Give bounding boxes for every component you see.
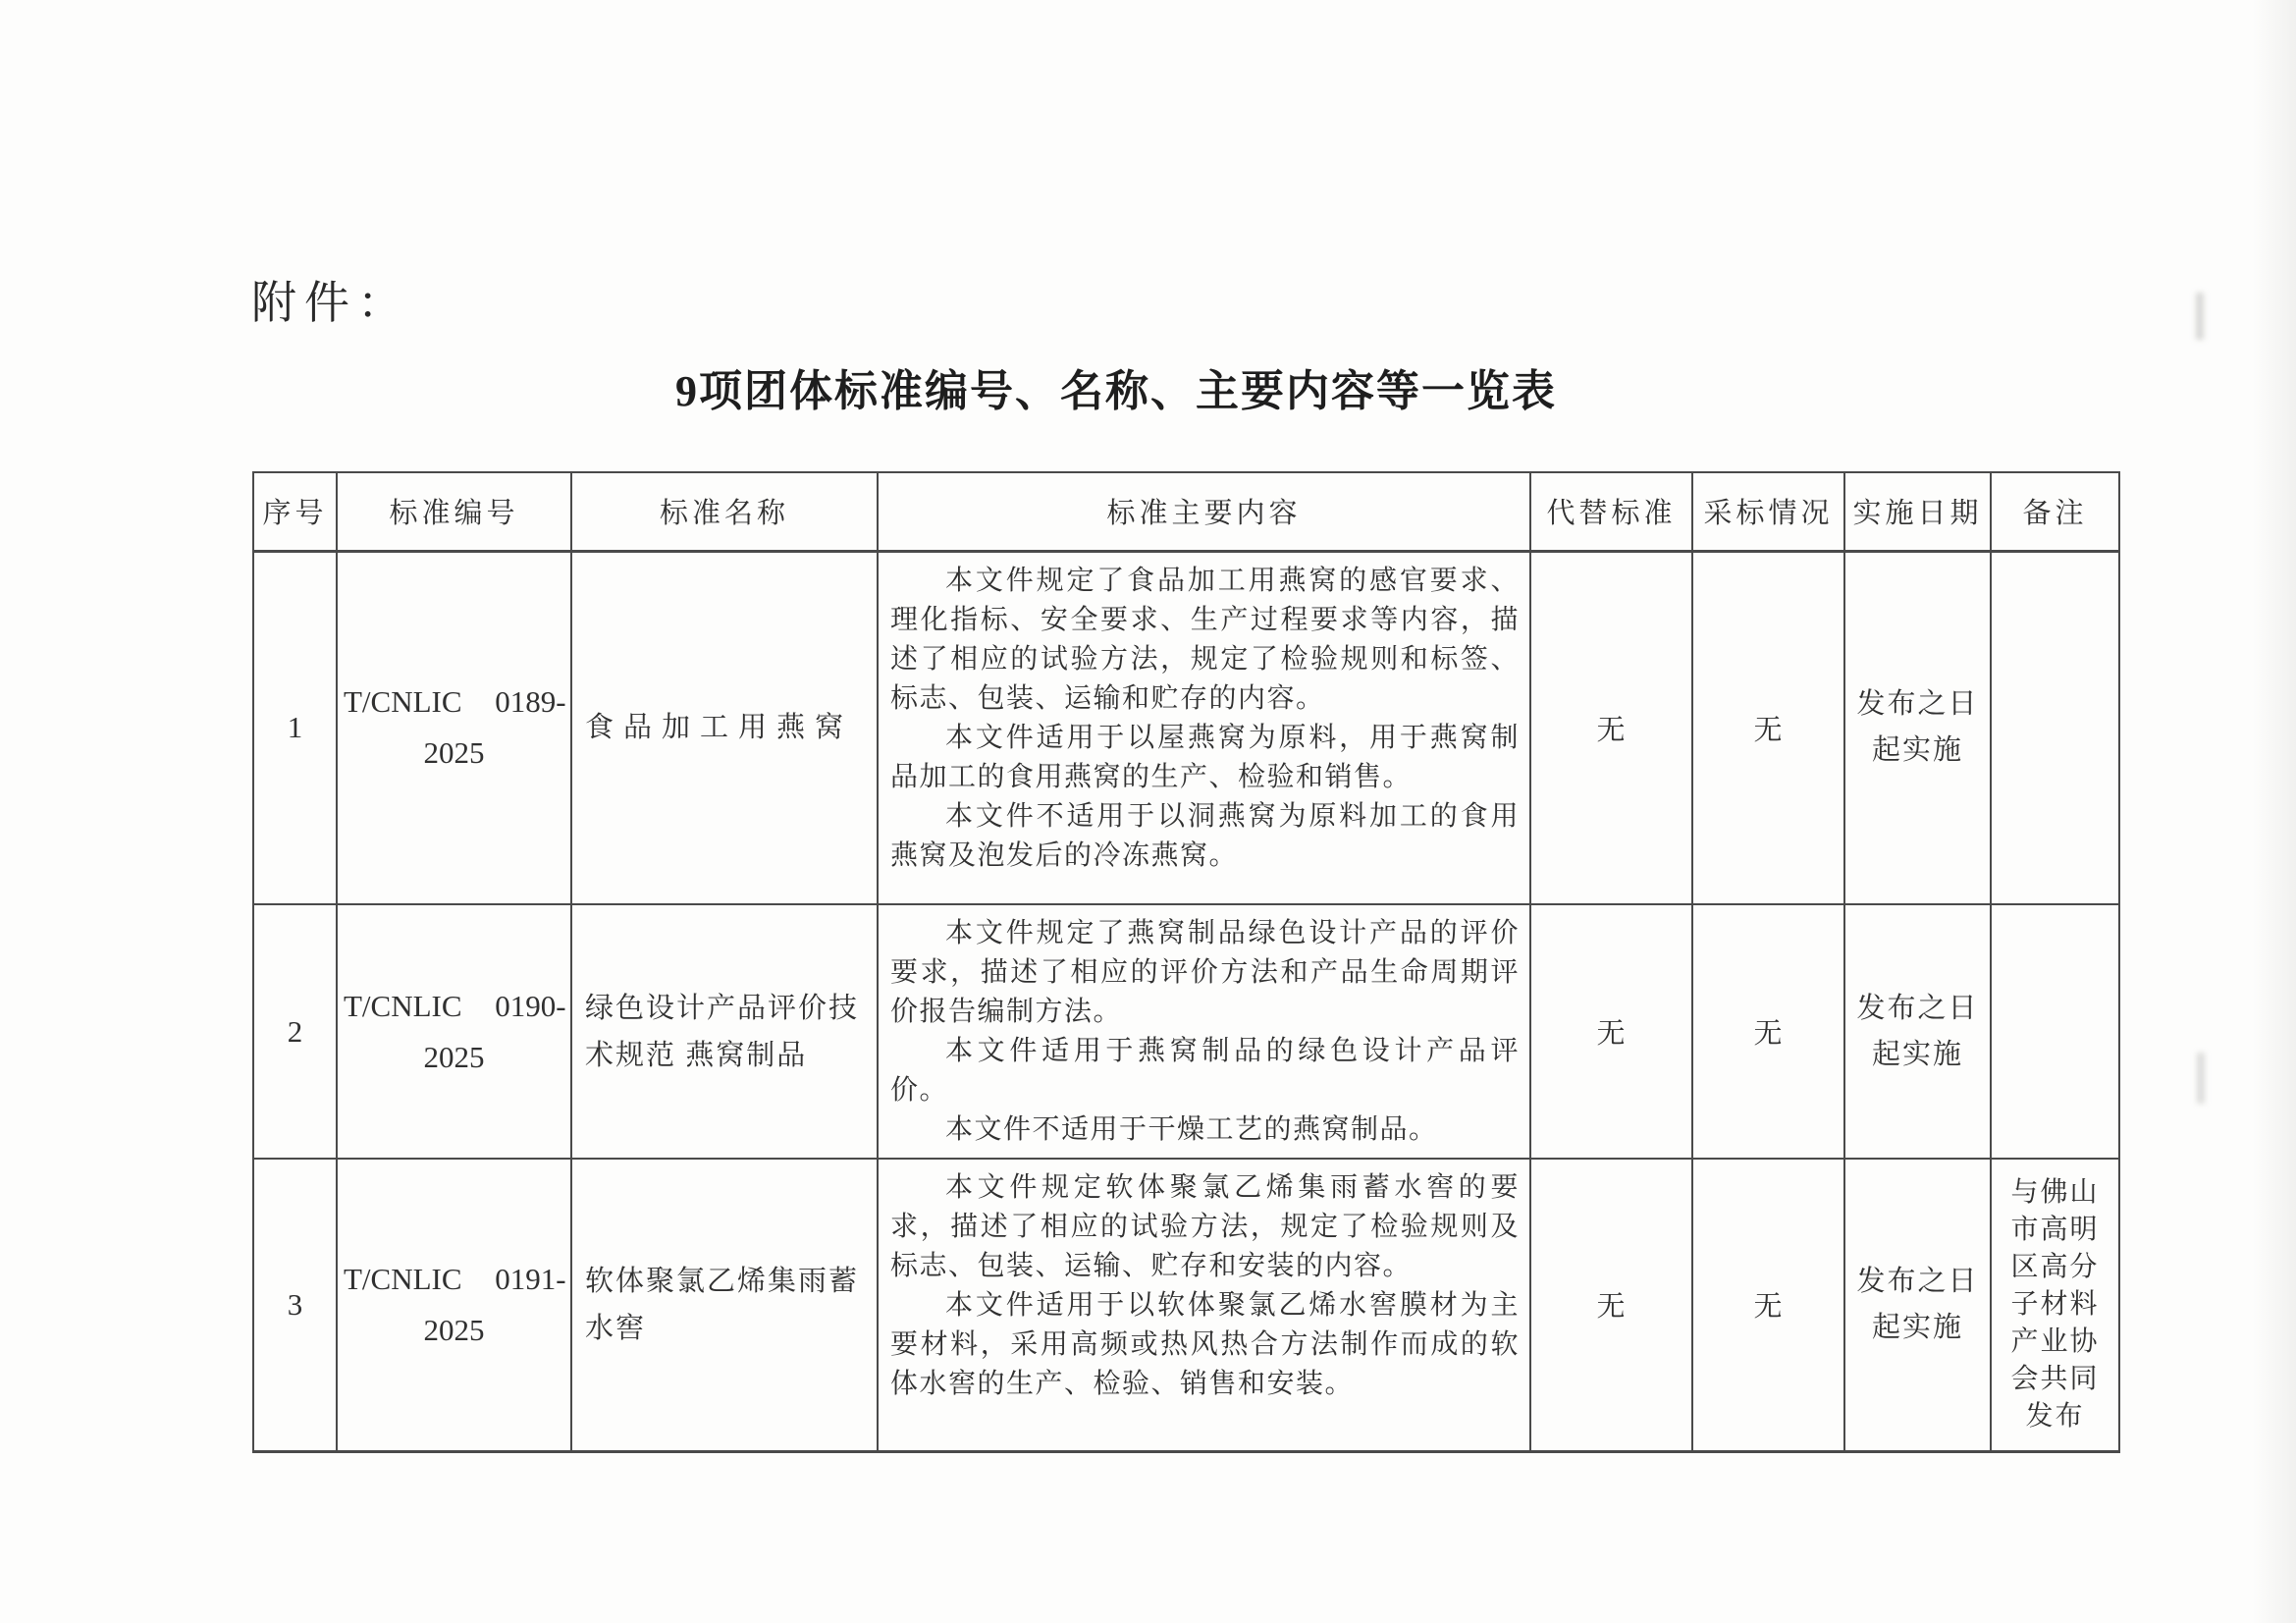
column-header-remark: 备注 xyxy=(1991,472,2119,551)
adoption-cell: 无 xyxy=(1692,1159,1844,1451)
content-paragraph: 本文件规定软体聚氯乙烯集雨蓄水窖的要求，描述了相应的试验方法，规定了检验规则及标… xyxy=(890,1168,1520,1286)
content-paragraph: 本文件不适用于以洞燕窝为原料加工的食用燕窝及泡发后的冷冻燕窝。 xyxy=(890,797,1520,876)
scan-artifact xyxy=(2197,1053,2205,1104)
content-paragraph: 本文件适用于以软体聚氯乙烯水窖膜材为主要材料，采用高频或热风热合方法制作而成的软… xyxy=(890,1286,1520,1404)
date-cell: 发布之日起实施 xyxy=(1844,1159,1991,1451)
remark-cell: 与佛山市高明区高分子材料产业协会共同发布 xyxy=(1991,1159,2119,1451)
code-line: 2025 xyxy=(344,728,564,779)
table-row: 3 T/CNLIC 0191- 2025 软体聚氯乙烯集雨蓄水窖 本文件规定软体… xyxy=(253,1159,2119,1451)
content-cell: 本文件规定了食品加工用燕窝的感官要求、理化指标、安全要求、生产过程要求等内容，描… xyxy=(878,551,1530,904)
code-cell: T/CNLIC 0189- 2025 xyxy=(337,551,571,904)
content-cell: 本文件规定了燕窝制品绿色设计产品的评价要求，描述了相应的评价方法和产品生命周期评… xyxy=(878,904,1530,1159)
scan-artifact xyxy=(2196,293,2204,340)
serial-cell: 1 xyxy=(253,551,337,904)
name-cell: 绿色设计产品评价技术规范 燕窝制品 xyxy=(571,904,878,1159)
column-header-replaced: 代替标准 xyxy=(1530,472,1692,551)
code-line: 2025 xyxy=(344,1032,564,1083)
table-row: 1 T/CNLIC 0189- 2025 食品加工用燕窝 本文件规定了食品加工用… xyxy=(253,551,2119,904)
remark-cell xyxy=(1991,904,2119,1159)
name-cell: 软体聚氯乙烯集雨蓄水窖 xyxy=(571,1159,878,1451)
content-paragraph: 本文件规定了食品加工用燕窝的感官要求、理化指标、安全要求、生产过程要求等内容，描… xyxy=(890,562,1520,719)
column-header-serial: 序号 xyxy=(253,472,337,551)
page-title: 9项团体标准编号、名称、主要内容等一览表 xyxy=(252,355,1980,418)
replaced-cell: 无 xyxy=(1530,1159,1692,1451)
table-row: 2 T/CNLIC 0190- 2025 绿色设计产品评价技术规范 燕窝制品 本… xyxy=(253,904,2119,1159)
content-paragraph: 本文件规定了燕窝制品绿色设计产品的评价要求，描述了相应的评价方法和产品生命周期评… xyxy=(890,914,1520,1032)
serial-cell: 3 xyxy=(253,1159,337,1451)
serial-cell: 2 xyxy=(253,904,337,1159)
adoption-cell: 无 xyxy=(1692,904,1844,1159)
adoption-cell: 无 xyxy=(1692,551,1844,904)
code-line: T/CNLIC 0191- xyxy=(344,1254,564,1305)
scan-edge-shading xyxy=(2253,0,2296,1623)
date-cell: 发布之日起实施 xyxy=(1844,904,1991,1159)
content-cell: 本文件规定软体聚氯乙烯集雨蓄水窖的要求，描述了相应的试验方法，规定了检验规则及标… xyxy=(878,1159,1530,1451)
code-line: T/CNLIC 0190- xyxy=(344,981,564,1032)
column-header-adoption: 采标情况 xyxy=(1692,472,1844,551)
column-header-date: 实施日期 xyxy=(1844,472,1991,551)
code-cell: T/CNLIC 0190- 2025 xyxy=(337,904,571,1159)
attachment-label: 附件： xyxy=(251,267,410,332)
remark-cell xyxy=(1991,551,2119,904)
content-paragraph: 本文件适用于燕窝制品的绿色设计产品评价。 xyxy=(890,1032,1520,1110)
table-header-row: 序号 标准编号 标准名称 标准主要内容 代替标准 采标情况 实施日期 备注 xyxy=(253,472,2119,551)
column-header-content: 标准主要内容 xyxy=(878,472,1530,551)
code-cell: T/CNLIC 0191- 2025 xyxy=(337,1159,571,1451)
column-header-name: 标准名称 xyxy=(571,472,878,551)
content-paragraph: 本文件适用于以屋燕窝为原料，用于燕窝制品加工的食用燕窝的生产、检验和销售。 xyxy=(890,719,1520,797)
content-paragraph: 本文件不适用于干燥工艺的燕窝制品。 xyxy=(890,1110,1520,1150)
name-cell: 食品加工用燕窝 xyxy=(571,551,878,904)
replaced-cell: 无 xyxy=(1530,904,1692,1159)
replaced-cell: 无 xyxy=(1530,551,1692,904)
code-line: 2025 xyxy=(344,1305,564,1356)
date-cell: 发布之日起实施 xyxy=(1844,551,1991,904)
document-page: 附件： 9项团体标准编号、名称、主要内容等一览表 序号 标准编号 标准名称 标准… xyxy=(0,0,2296,1623)
column-header-code: 标准编号 xyxy=(337,472,571,551)
code-line: T/CNLIC 0189- xyxy=(344,676,564,728)
standards-table: 序号 标准编号 标准名称 标准主要内容 代替标准 采标情况 实施日期 备注 1 … xyxy=(252,471,2120,1453)
